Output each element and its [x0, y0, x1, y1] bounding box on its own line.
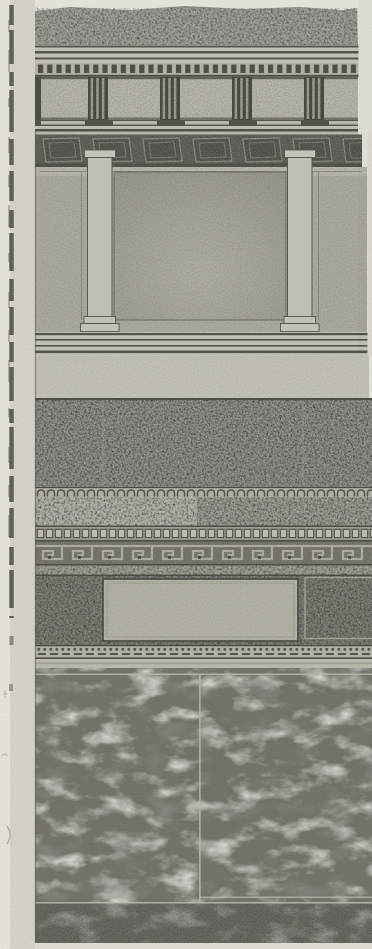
inset-panel-grain	[103, 579, 298, 641]
bottom-margin	[35, 943, 372, 949]
base-line-3	[35, 345, 368, 347]
meander-bottom-line	[35, 564, 372, 566]
edge-tick-2	[9, 684, 13, 691]
meander-top-line	[35, 540, 372, 542]
molding-line-2	[35, 51, 359, 54]
scanned-plate	[0, 0, 372, 949]
ornament-bottom-line	[35, 657, 372, 659]
ornament-top-line	[35, 645, 372, 646]
margin-grain	[359, 0, 372, 356]
base-step1-right	[284, 317, 316, 324]
base-step1-left	[84, 317, 116, 324]
frieze-stipple-light	[35, 400, 372, 488]
capital-right	[285, 150, 316, 158]
coffer-base-line	[35, 164, 362, 168]
frieze-left-edge	[35, 77, 41, 120]
taenia-dark-line	[35, 129, 358, 132]
bead-band-top-line	[35, 487, 372, 488]
shaft-left	[88, 158, 113, 318]
dado-right-hline	[200, 897, 372, 899]
entablature	[35, 6, 362, 168]
narrow-stipple-line	[35, 575, 372, 577]
base-line-2	[35, 339, 368, 341]
square-bead-row	[35, 528, 372, 540]
meander-grain	[35, 542, 372, 565]
ornament-band-stack	[35, 398, 372, 576]
light-band-grain	[35, 356, 369, 398]
bead-arch-row	[35, 488, 372, 497]
stipple-texture-light	[35, 497, 372, 526]
edge-tick-1	[10, 636, 14, 645]
shaft-right	[288, 158, 313, 318]
molding-line-3	[35, 58, 359, 60]
molding-band	[35, 45, 359, 63]
lower-ornament	[35, 645, 372, 668]
marble-veins-dark	[35, 668, 372, 903]
base-molding-zone	[35, 332, 369, 398]
dentil-base-line	[35, 75, 359, 77]
dado-divider-line	[199, 674, 201, 902]
frieze-top-line	[35, 398, 372, 400]
plinth-texture-dark	[35, 904, 372, 943]
base-step2-right	[281, 324, 320, 332]
crown-speckle-light	[35, 8, 358, 45]
inset-panel-zone	[35, 576, 372, 646]
top-margin	[35, 0, 358, 6]
taenia-band	[35, 120, 358, 126]
dentil-row	[35, 64, 359, 75]
narrow-stipple-texture	[35, 566, 372, 576]
wall-mottle-light	[35, 167, 367, 332]
base-line-4	[35, 351, 368, 354]
molding-line-1	[35, 46, 359, 48]
capital-left	[85, 150, 116, 158]
taenia-light-line-2	[35, 132, 358, 135]
frieze-speckle	[35, 77, 358, 120]
pilaster-wall-zone	[35, 150, 367, 332]
taenia-light-line	[35, 126, 358, 129]
plate-canvas	[0, 0, 372, 949]
gap-band-line	[35, 662, 372, 664]
base-line-1	[35, 333, 368, 335]
stipple-bottom-line	[35, 526, 372, 528]
ornament-row	[35, 646, 372, 658]
plinth-top-light-line	[35, 902, 372, 904]
marble-dado	[35, 668, 372, 943]
dado-top-light-line	[35, 674, 372, 676]
base-step2-left	[81, 324, 120, 332]
